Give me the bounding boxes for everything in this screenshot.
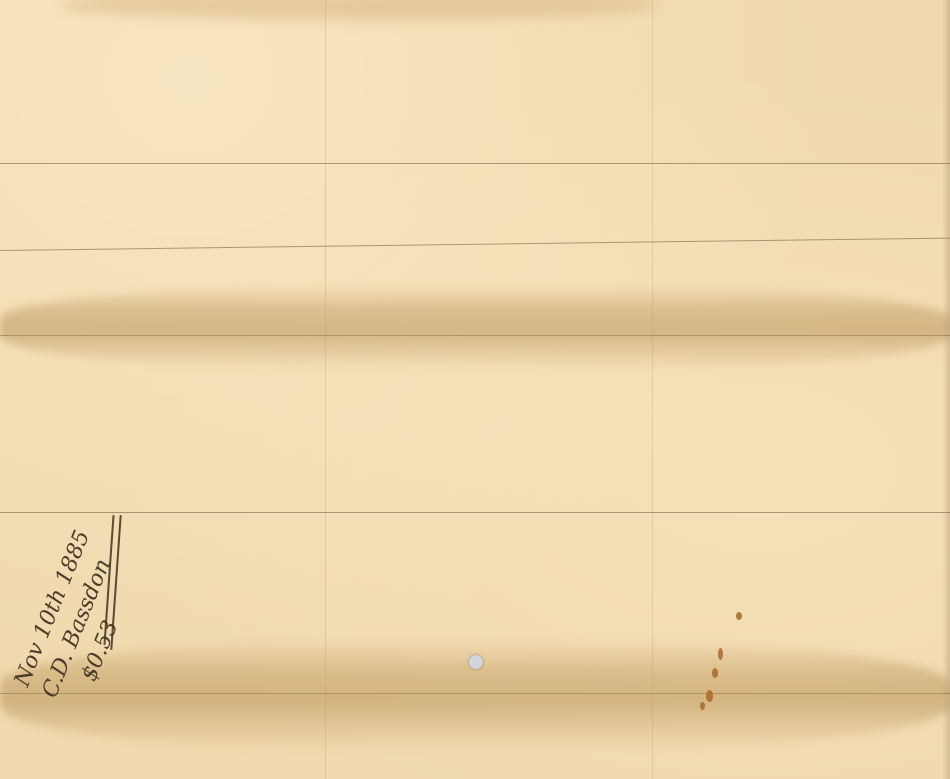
rust-spot <box>712 668 718 678</box>
fold-line-4 <box>0 512 950 513</box>
punch-hole <box>469 655 483 669</box>
paper-edge <box>942 0 950 779</box>
fold-line-1 <box>0 163 950 164</box>
water-stain-middle <box>0 285 950 370</box>
rust-spot <box>706 690 713 702</box>
water-stain-top <box>60 0 660 20</box>
rust-spot <box>718 648 723 660</box>
fold-line-2 <box>0 238 950 251</box>
document-page: Nov 10th 1885 C.D. Bassdon $0.53 <box>0 0 950 779</box>
rust-spot <box>736 612 742 620</box>
rust-spot <box>700 702 705 710</box>
